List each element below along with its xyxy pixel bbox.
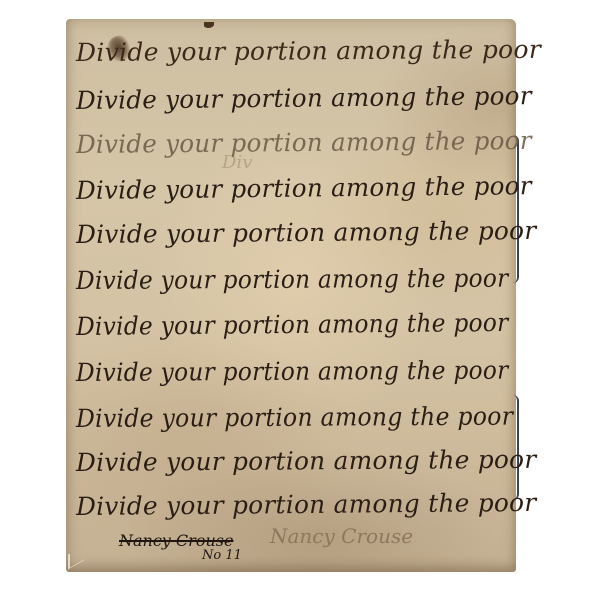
handwriting-line-1: Divide your portion among the poor xyxy=(76,35,541,67)
handwriting-line-9: Divide your portion among the poor xyxy=(76,402,513,433)
handwriting-line-5: Divide your portion among the poor xyxy=(76,216,537,249)
binding-thread-top xyxy=(512,135,519,283)
signature-number: No 11 xyxy=(202,548,242,563)
handwriting-line-2: Divide your portion among the poor xyxy=(76,81,532,115)
handwriting-line-11: Divide your portion among the poor xyxy=(76,488,537,521)
handwriting-line-7: Divide your portion among the poor xyxy=(76,308,509,341)
handwriting-line-6: Divide your portion among the poor xyxy=(76,264,509,295)
handwriting-line-3: Divide your portion among the poor xyxy=(76,126,532,159)
document-photo: Div Divide your portion among the poor D… xyxy=(0,0,600,600)
handwriting-line-10: Divide your portion among the poor xyxy=(76,445,537,477)
handwriting-line-4: Divide your portion among the poor xyxy=(76,171,532,205)
handwriting-line-8: Divide your portion among the poor xyxy=(76,356,509,387)
signature-faded: Nancy Crouse xyxy=(270,524,413,548)
